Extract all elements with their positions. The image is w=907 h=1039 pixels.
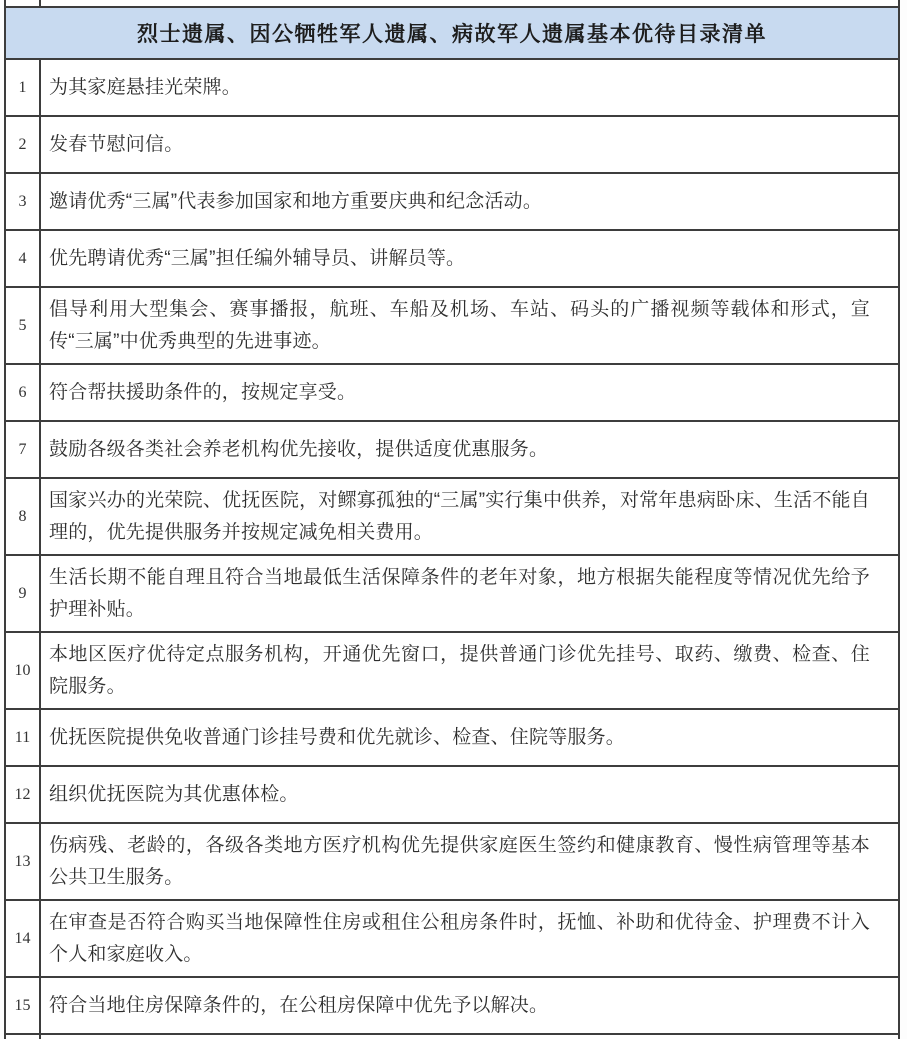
row-number: 5: [6, 288, 41, 363]
table-row: 2 发春节慰问信。: [4, 117, 900, 174]
table-row: 5 倡导利用大型集会、赛事播报，航班、车船及机场、车站、码头的广播视频等载体和形…: [4, 288, 900, 365]
table-row: 7 鼓励各级各类社会养老机构优先接收，提供适度优惠服务。: [4, 422, 900, 479]
table-row: 6 符合帮扶援助条件的，按规定享受。: [4, 365, 900, 422]
row-text: 倡导利用大型集会、赛事播报，航班、车船及机场、车站、码头的广播视频等载体和形式，…: [49, 294, 870, 358]
table-row: 1 为其家庭悬挂光荣牌。: [4, 60, 900, 117]
row-content-cell: 鼓励各级各类社会养老机构优先接收，提供适度优惠服务。: [41, 422, 898, 477]
table-row: 10 本地区医疗优待定点服务机构，开通优先窗口，提供普通门诊优先挂号、取药、缴费…: [4, 633, 900, 710]
row-number: 15: [6, 978, 41, 1033]
table-row: 11 优抚医院提供免收普通门诊挂号费和优先就诊、检查、住院等服务。: [4, 710, 900, 767]
row-number: 12: [6, 767, 41, 822]
row-number: 3: [6, 174, 41, 229]
table-row: 9 生活长期不能自理且符合当地最低生活保障条件的老年对象，地方根据失能程度等情况…: [4, 556, 900, 633]
row-number: 13: [6, 824, 41, 899]
row-number: 4: [6, 231, 41, 286]
row-number: 14: [6, 901, 41, 976]
row-content-cell: 符合当地住房保障条件的，在公租房保障中优先予以解决。: [41, 978, 898, 1033]
row-text: 组织优抚医院为其优惠体检。: [49, 779, 299, 811]
table-title-row: 烈士遗属、因公牺牲军人遗属、病故军人遗属基本优待目录清单: [4, 6, 900, 60]
table-row: 8 国家兴办的光荣院、优抚医院，对鳏寡孤独的“三属”实行集中供养，对常年患病卧床…: [4, 479, 900, 556]
row-number: 10: [6, 633, 41, 708]
row-text: 为其家庭悬挂光荣牌。: [49, 72, 241, 104]
row-content-cell: 国家兴办的光荣院、优抚医院，对鳏寡孤独的“三属”实行集中供养，对常年患病卧床、生…: [41, 479, 898, 554]
row-text: 本地区医疗优待定点服务机构，开通优先窗口，提供普通门诊优先挂号、取药、缴费、检查…: [49, 639, 870, 703]
row-content-cell: 生活长期不能自理且符合当地最低生活保障条件的老年对象，地方根据失能程度等情况优先…: [41, 556, 898, 631]
table-row: 14 在审查是否符合购买当地保障性住房或租住公租房条件时，抚恤、补助和优待金、护…: [4, 901, 900, 978]
row-content-cell: 为其家庭悬挂光荣牌。: [41, 60, 898, 115]
table-row: 12 组织优抚医院为其优惠体检。: [4, 767, 900, 824]
row-text: 生活长期不能自理且符合当地最低生活保障条件的老年对象，地方根据失能程度等情况优先…: [49, 562, 870, 626]
row-text: 伤病残、老龄的，各级各类地方医疗机构优先提供家庭医生签约和健康教育、慢性病管理等…: [49, 830, 870, 894]
row-text: 邀请优秀“三属”代表参加国家和地方重要庆典和纪念活动。: [49, 186, 542, 218]
row-content-cell: 伤病残、老龄的，各级各类地方医疗机构优先提供家庭医生签约和健康教育、慢性病管理等…: [41, 824, 898, 899]
row-content-cell: 优抚医院提供免收普通门诊挂号费和优先就诊、检查、住院等服务。: [41, 710, 898, 765]
row-content-cell: 邀请优秀“三属”代表参加国家和地方重要庆典和纪念活动。: [41, 174, 898, 229]
table-row: 13 伤病残、老龄的，各级各类地方医疗机构优先提供家庭医生签约和健康教育、慢性病…: [4, 824, 900, 901]
next-row-fragment: [4, 1035, 900, 1039]
row-text: 在审查是否符合购买当地保障性住房或租住公租房条件时，抚恤、补助和优待金、护理费不…: [49, 907, 870, 971]
row-number: 7: [6, 422, 41, 477]
row-text: 优先聘请优秀“三属”担任编外辅导员、讲解员等。: [49, 243, 465, 275]
row-content-cell: 符合帮扶援助条件的，按规定享受。: [41, 365, 898, 420]
column-divider-line: [39, 1035, 41, 1039]
row-text: 优抚医院提供免收普通门诊挂号费和优先就诊、检查、住院等服务。: [49, 722, 625, 754]
row-number: 9: [6, 556, 41, 631]
row-text: 符合当地住房保障条件的，在公租房保障中优先予以解决。: [49, 990, 548, 1022]
row-number: 1: [6, 60, 41, 115]
row-text: 鼓励各级各类社会养老机构优先接收，提供适度优惠服务。: [49, 434, 548, 466]
row-content-cell: 倡导利用大型集会、赛事播报，航班、车船及机场、车站、码头的广播视频等载体和形式，…: [41, 288, 898, 363]
row-content-cell: 本地区医疗优待定点服务机构，开通优先窗口，提供普通门诊优先挂号、取药、缴费、检查…: [41, 633, 898, 708]
column-divider-line: [39, 0, 41, 6]
table-row: 15 符合当地住房保障条件的，在公租房保障中优先予以解决。: [4, 978, 900, 1035]
row-number: 11: [6, 710, 41, 765]
table-row: 3 邀请优秀“三属”代表参加国家和地方重要庆典和纪念活动。: [4, 174, 900, 231]
row-content-cell: 发春节慰问信。: [41, 117, 898, 172]
previous-row-fragment: [4, 0, 900, 6]
benefits-table: 烈士遗属、因公牺牲军人遗属、病故军人遗属基本优待目录清单 1 为其家庭悬挂光荣牌…: [4, 0, 900, 1039]
table-row: 4 优先聘请优秀“三属”担任编外辅导员、讲解员等。: [4, 231, 900, 288]
row-number: 8: [6, 479, 41, 554]
row-content-cell: 组织优抚医院为其优惠体检。: [41, 767, 898, 822]
table-title: 烈士遗属、因公牺牲军人遗属、病故军人遗属基本优待目录清单: [137, 18, 767, 48]
row-content-cell: 在审查是否符合购买当地保障性住房或租住公租房条件时，抚恤、补助和优待金、护理费不…: [41, 901, 898, 976]
row-content-cell: 优先聘请优秀“三属”担任编外辅导员、讲解员等。: [41, 231, 898, 286]
document-page: 烈士遗属、因公牺牲军人遗属、病故军人遗属基本优待目录清单 1 为其家庭悬挂光荣牌…: [0, 0, 907, 1039]
row-number: 6: [6, 365, 41, 420]
row-number: 2: [6, 117, 41, 172]
row-text: 符合帮扶援助条件的，按规定享受。: [49, 377, 356, 409]
row-text: 发春节慰问信。: [49, 129, 183, 161]
row-text: 国家兴办的光荣院、优抚医院，对鳏寡孤独的“三属”实行集中供养，对常年患病卧床、生…: [49, 485, 870, 549]
